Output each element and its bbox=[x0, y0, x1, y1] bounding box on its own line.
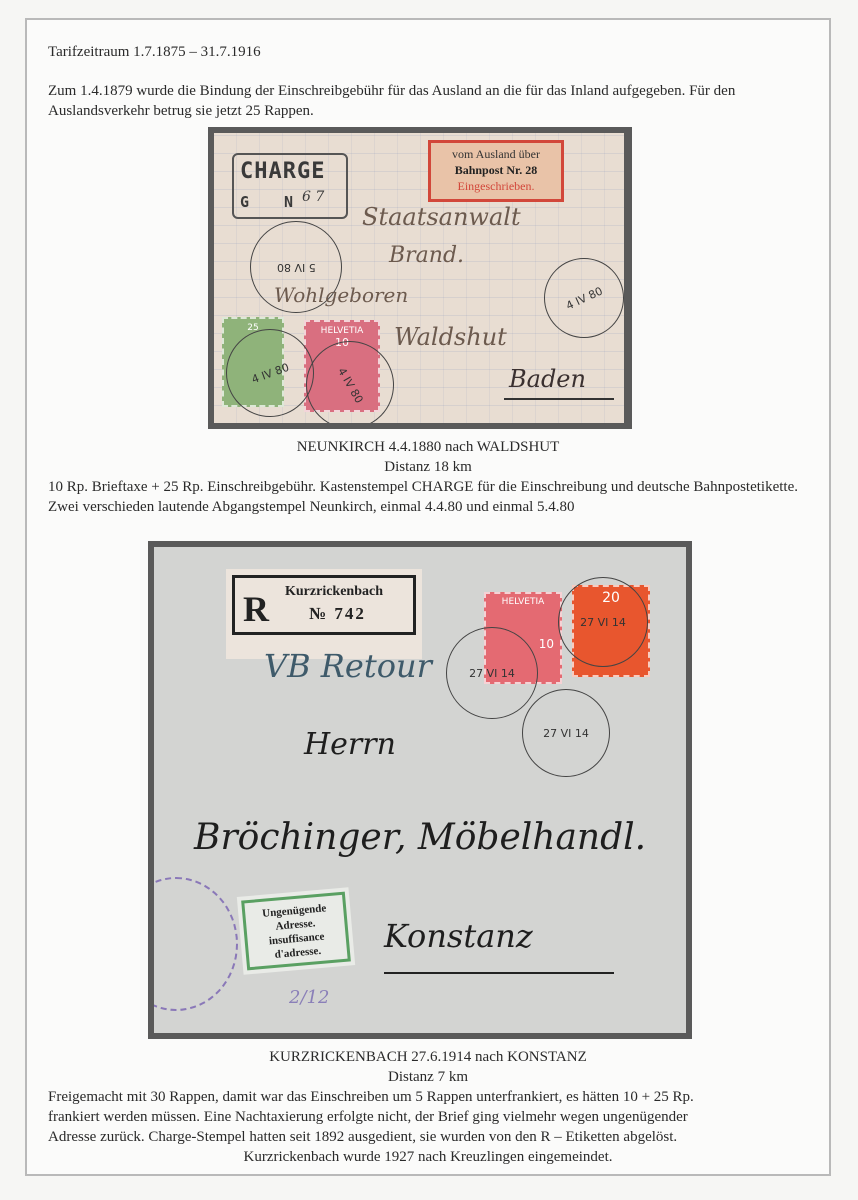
address-line-1: Staatsanwalt bbox=[362, 203, 521, 231]
caption-2-line-2: frankiert werden müssen. Eine Nachtaxier… bbox=[48, 1107, 828, 1127]
address-region: Baden bbox=[509, 365, 586, 393]
cover-2-kurzrickenbach: R Kurzrickenbach № 742 VB Retour HELVETI… bbox=[154, 547, 686, 1033]
caption-2-line-3: Adresse zurück. Charge-Stempel hatten se… bbox=[48, 1127, 828, 1147]
postmark-kurzrickenbach-1: 27 VI 14 bbox=[446, 627, 538, 719]
address-city: Waldshut bbox=[394, 323, 507, 351]
postmark-neunkirch-4iv80: 4 IV 80 bbox=[544, 258, 624, 338]
postmark-on-stamps-1: 4 IV 80 bbox=[226, 329, 314, 417]
caption-2-title: KURZRICKENBACH 27.6.1914 nach KONSTANZ bbox=[25, 1047, 831, 1067]
address-line-2: Bröchinger, Möbelhandl. bbox=[194, 817, 646, 858]
cover-1-neunkirch: CHARGE G N 6 7 vom Ausland über Bahnpost… bbox=[214, 133, 624, 423]
postmark-on-stamps-2: 4 IV 80 bbox=[306, 341, 394, 423]
charge-box-stamp: CHARGE G N 6 7 bbox=[232, 153, 348, 219]
bahnpost-label: vom Ausland über Bahnpost Nr. 28 Eingesc… bbox=[428, 140, 564, 202]
caption-2-line-4: Kurzrickenbach wurde 1927 nach Kreuzling… bbox=[25, 1147, 831, 1167]
caption-2-distance: Distanz 7 km bbox=[25, 1067, 831, 1087]
tariff-period: Tarifzeitraum 1.7.1875 – 31.7.1916 bbox=[48, 42, 261, 62]
address-line-1: Herrn bbox=[304, 727, 396, 762]
postmark-kurzrickenbach-3: 27 VI 14 bbox=[522, 689, 610, 777]
address-line-2: Wohlgeboren bbox=[274, 283, 408, 307]
retour-note: VB Retour bbox=[264, 647, 432, 685]
pencil-note: 2/12 bbox=[289, 987, 329, 1008]
caption-1-distance: Distanz 18 km bbox=[25, 457, 831, 477]
intro-text: Zum 1.4.1879 wurde die Bindung der Einsc… bbox=[48, 81, 818, 121]
insufficient-address-label: Ungenügende Adresse. insuffisance d'adre… bbox=[237, 887, 355, 974]
caption-1-description: 10 Rp. Brieftaxe + 25 Rp. Einschreibgebü… bbox=[48, 477, 818, 517]
violet-kreuzlingen-postmark bbox=[154, 877, 238, 1011]
address-city: Konstanz bbox=[384, 917, 533, 955]
caption-1-title: NEUNKIRCH 4.4.1880 nach WALDSHUT bbox=[25, 437, 831, 457]
postmark-kurzrickenbach-2: 27 VI 14 bbox=[558, 577, 648, 667]
caption-2-line-1: Freigemacht mit 30 Rappen, damit war das… bbox=[48, 1087, 828, 1107]
registration-label: R Kurzrickenbach № 742 bbox=[226, 569, 422, 659]
